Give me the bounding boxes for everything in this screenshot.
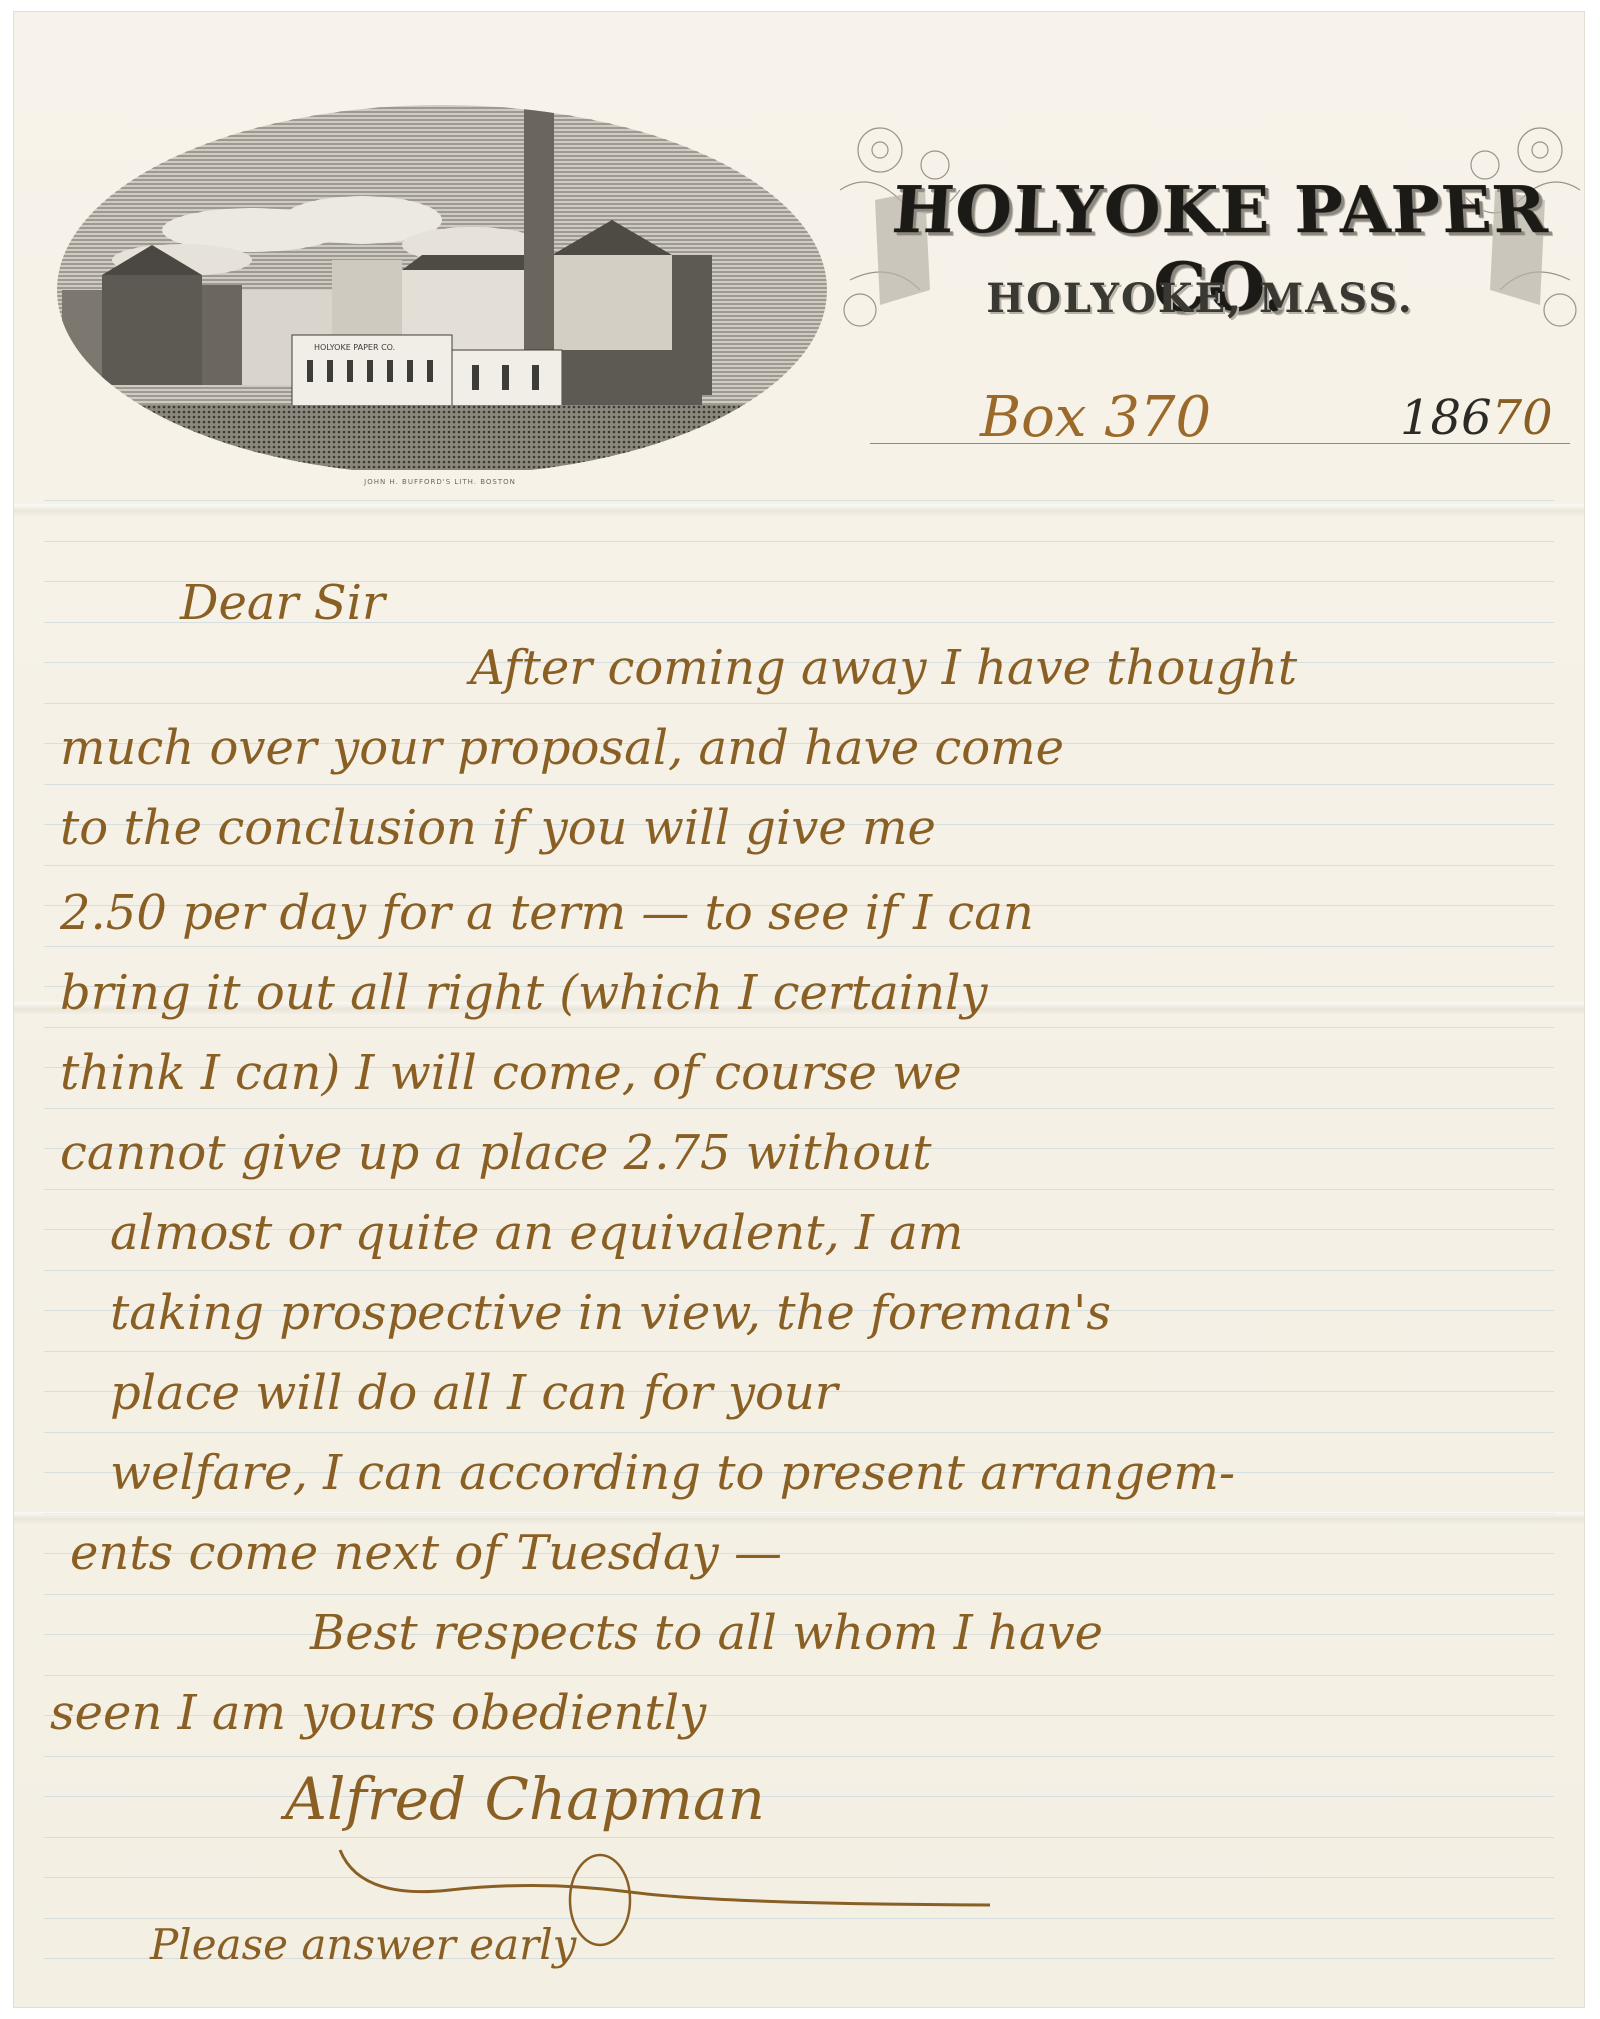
letter-line: taking prospective in view, the foreman'… xyxy=(110,1285,1111,1341)
ruled-line xyxy=(44,1594,1554,1595)
letterhead: HOLYOKE PAPER CO. HOLYOKE, MASS. xyxy=(830,100,1590,370)
fold-crease xyxy=(14,504,1584,518)
letter-line: seen I am yours obediently xyxy=(50,1685,706,1741)
ruled-line xyxy=(44,946,1554,947)
ruled-line xyxy=(44,500,1554,501)
year-handwritten: 70 xyxy=(1492,390,1553,446)
ruled-line xyxy=(44,1027,1554,1028)
dateline-year: 18670 xyxy=(1400,390,1553,446)
letter-line: cannot give up a place 2.75 without xyxy=(60,1125,932,1181)
mill-engraving-vignette: HOLYOKE PAPER CO. xyxy=(52,70,832,470)
signature: Alfred Chapman xyxy=(285,1765,765,1833)
letter-line: 2.50 per day for a term — to see if I ca… xyxy=(60,885,1034,941)
ruled-line xyxy=(44,1189,1554,1190)
letter-line: After coming away I have thought xyxy=(470,640,1297,696)
letter-line: welfare, I can according to present arra… xyxy=(110,1445,1235,1501)
ruled-line xyxy=(44,1351,1554,1352)
year-printed: 186 xyxy=(1400,390,1492,446)
building-sign-text: HOLYOKE PAPER CO. xyxy=(314,343,395,352)
ruled-line xyxy=(44,1675,1554,1676)
letter-line: almost or quite an equivalent, I am xyxy=(110,1205,963,1261)
ruled-line xyxy=(44,1270,1554,1271)
mill-illustration-icon: HOLYOKE PAPER CO. xyxy=(52,70,832,470)
letter-line: bring it out all right (which I certainl… xyxy=(60,965,987,1021)
letter-line: Best respects to all whom I have xyxy=(310,1605,1103,1661)
fold-crease xyxy=(14,1512,1584,1526)
company-city: HOLYOKE, MASS. xyxy=(950,275,1450,322)
ruled-line xyxy=(44,1756,1554,1757)
letter-line: place will do all I can for your xyxy=(110,1365,838,1421)
ruled-line xyxy=(44,703,1554,704)
engraver-credit: JOHN H. BUFFORD'S LITH. BOSTON xyxy=(340,478,540,486)
ruled-line xyxy=(44,541,1554,542)
postscript: Please answer early xyxy=(150,1920,576,1969)
letter-line: think I can) I will come, of course we xyxy=(60,1045,962,1101)
ruled-line xyxy=(44,1432,1554,1433)
letter-line: ents come next of Tuesday — xyxy=(70,1525,782,1581)
letter-line: to the conclusion if you will give me xyxy=(60,800,936,856)
ruled-line xyxy=(44,865,1554,866)
dateline-place: Box 370 xyxy=(980,385,1211,450)
ruled-line xyxy=(44,784,1554,785)
letter-line: much over your proposal, and have come xyxy=(60,720,1064,776)
ruled-line xyxy=(44,1796,1554,1797)
ruled-line xyxy=(44,1108,1554,1109)
salutation: Dear Sir xyxy=(180,575,385,631)
